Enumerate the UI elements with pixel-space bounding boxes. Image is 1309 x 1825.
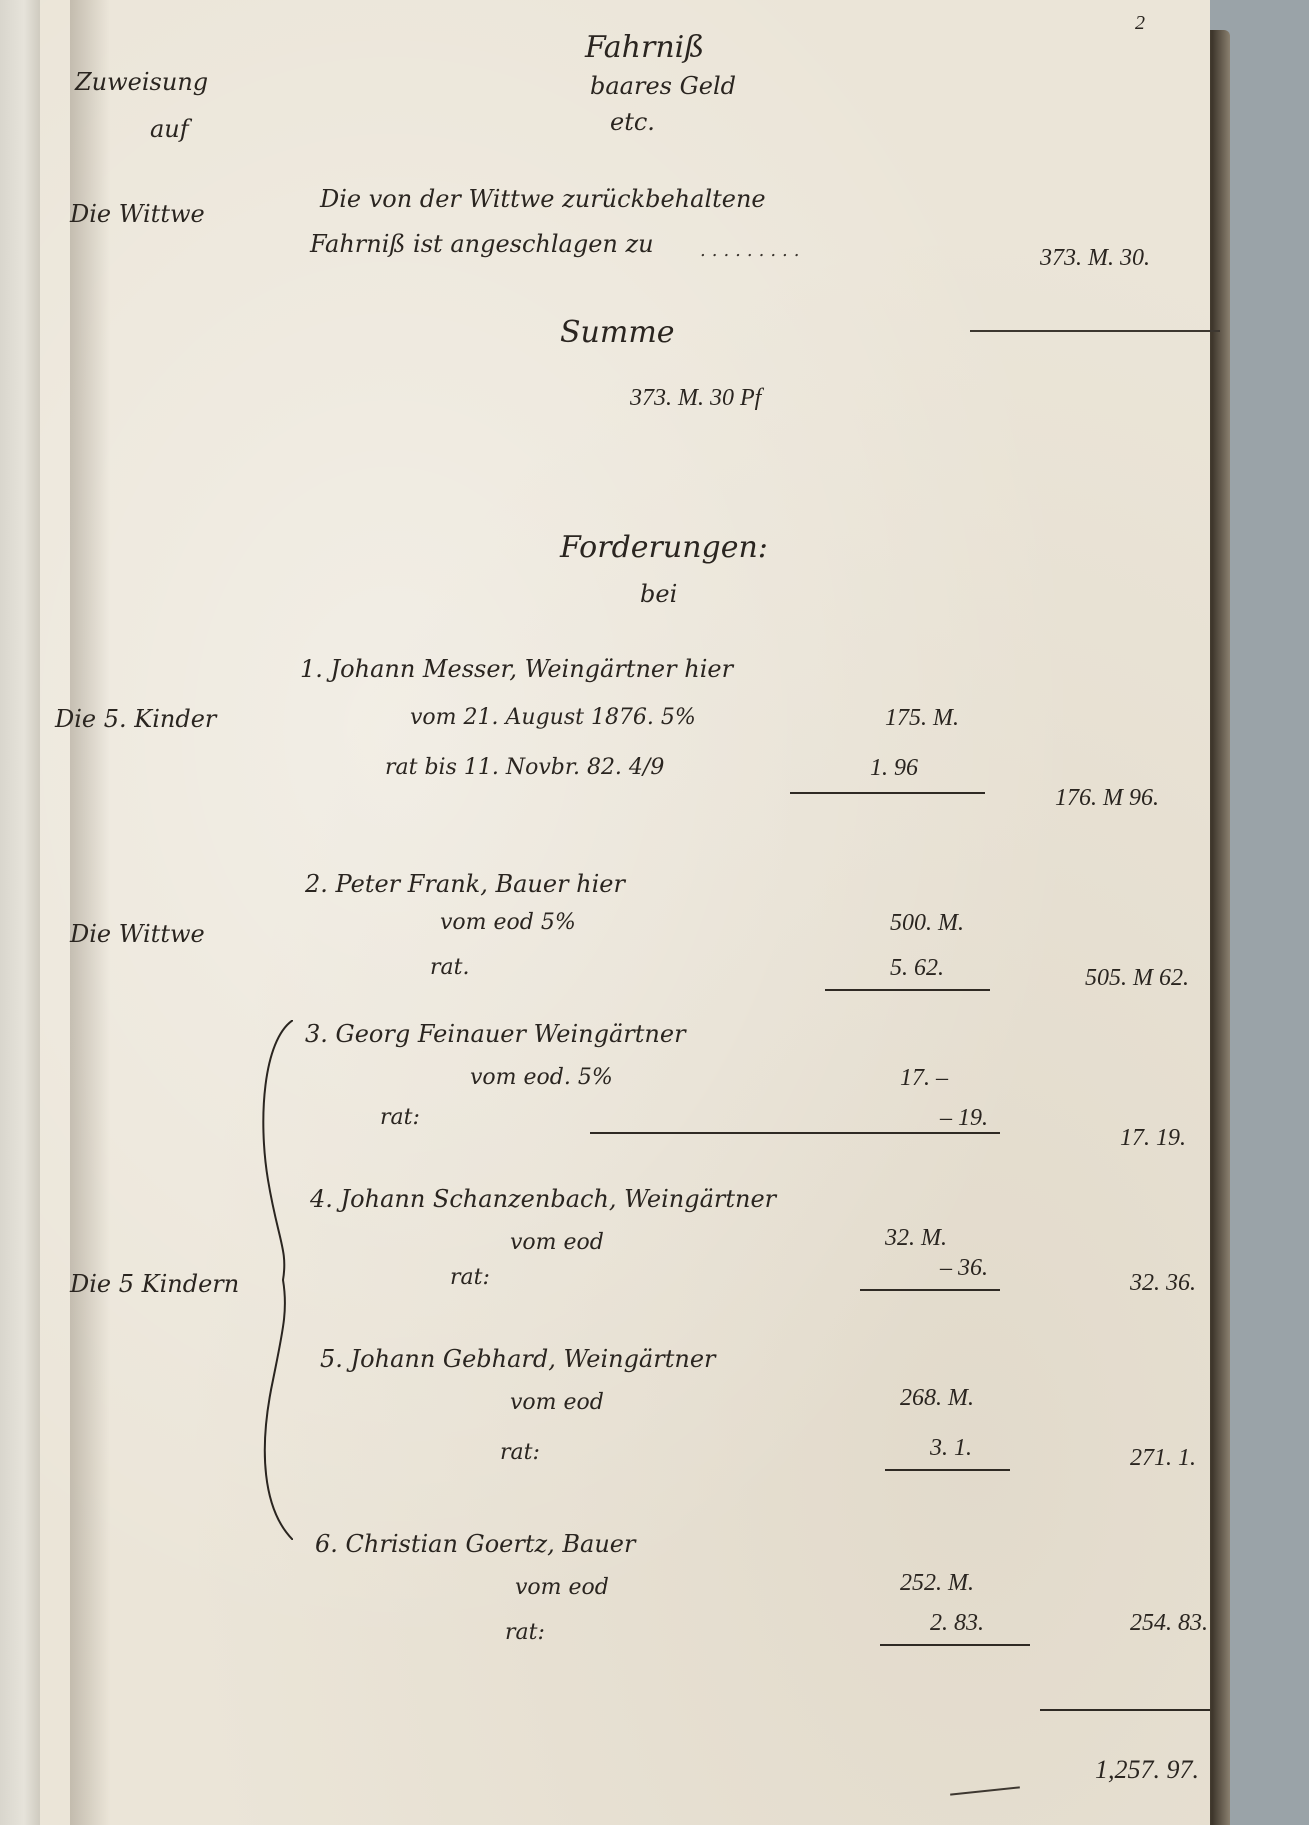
binding-shadow (70, 0, 110, 1825)
entry-4-line2-label: rat: (450, 1265, 490, 1290)
entry-2-total: 505. M 62. (1085, 965, 1189, 992)
group-assignee: Die 5 Kindern (70, 1270, 239, 1298)
entry-6-line2-label: rat: (505, 1620, 545, 1645)
entry-6-line1-amount: 252. M. (900, 1570, 974, 1597)
entry-1-line2-label: rat bis 11. Novbr. 82. 4/9 (385, 755, 664, 780)
forderungen-title: Forderungen: (560, 530, 768, 565)
grand-total: 1,257. 97. (1095, 1755, 1199, 1785)
forderungen-subtitle: bei (640, 580, 677, 608)
title-line-1: Fahrniß (585, 30, 704, 65)
fahrnis-amount: 373. M. 30. (1040, 245, 1150, 272)
entry-4-underline (860, 1285, 1000, 1291)
entry-5-debtor-line: 5. Johann Gebhard, Weingärtner (320, 1345, 716, 1373)
entry-3-line1-label: vom eod. 5% (470, 1065, 613, 1090)
entry-number: 5. (320, 1345, 343, 1373)
entry-debtor: Johann Messer, Weingärtner hier (331, 655, 734, 683)
entry-1-line1-amount: 175. M. (885, 705, 959, 732)
entry-2-line1-label: vom eod 5% (440, 910, 576, 935)
entry-1-debtor-line: 1. Johann Messer, Weingärtner hier (300, 655, 733, 683)
entry-4-line1-amount: 32. M. (885, 1225, 947, 1252)
margin-heading-line-1: Zuweisung (75, 68, 208, 96)
entry-number: 2. (305, 870, 328, 898)
entry-6-underline (880, 1640, 1030, 1646)
group-brace (253, 1020, 293, 1540)
entry-number: 3. (305, 1020, 328, 1048)
entry-4-line1-label: vom eod (510, 1230, 604, 1255)
title-line-3: etc. (610, 108, 655, 136)
entry-debtor: Christian Goertz, Bauer (346, 1530, 636, 1558)
entry-4-total: 32. 36. (1130, 1270, 1196, 1297)
entry-5-underline (885, 1465, 1010, 1471)
entry-debtor: Peter Frank, Bauer hier (336, 870, 625, 898)
entry-debtor: Georg Feinauer Weingärtner (336, 1020, 686, 1048)
entry-1-assignee: Die 5. Kinder (55, 705, 216, 733)
entry-2-line1-amount: 500. M. (890, 910, 964, 937)
summe-amount: 373. M. 30 Pf (630, 385, 761, 412)
page-number: 2 (1135, 12, 1145, 35)
entry-1-total: 176. M 96. (1055, 785, 1159, 812)
entry-debtor: Johann Schanzenbach, Weingärtner (341, 1185, 777, 1213)
title-line-2: baares Geld (590, 72, 736, 100)
entry-number: 1. (300, 655, 323, 683)
entry-3-line2-label: rat: (380, 1105, 420, 1130)
entry-debtor: Johann Gebhard, Weingärtner (351, 1345, 716, 1373)
entry-3-line1-amount: 17. – (900, 1065, 948, 1092)
entry-2-debtor-line: 2. Peter Frank, Bauer hier (305, 870, 625, 898)
leader-dots: ......... (700, 240, 806, 261)
entry-2-line2-label: rat. (430, 955, 469, 980)
entry-2-underline (825, 985, 990, 991)
entry-4-line2-amount: – 36. (940, 1255, 988, 1282)
grand-total-rule (1040, 1705, 1210, 1711)
entry-1-line1-label: vom 21. August 1876. 5% (410, 705, 696, 730)
entry-2-assignee: Die Wittwe (70, 920, 205, 948)
entry-5-total: 271. 1. (1130, 1445, 1196, 1472)
fahrnis-description-2: Fahrniß ist angeschlagen zu (310, 230, 654, 258)
fahrnis-rule (970, 330, 1220, 332)
fahrnis-description-1: Die von der Wittwe zurückbehaltene (320, 185, 766, 213)
left-page-edge (0, 0, 40, 1825)
entry-number: 4. (310, 1185, 333, 1213)
fahrnis-assignee: Die Wittwe (70, 200, 205, 228)
entry-6-debtor-line: 6. Christian Goertz, Bauer (315, 1530, 635, 1558)
entry-5-line1-amount: 268. M. (900, 1385, 974, 1412)
entry-6-line2-amount: 2. 83. (930, 1610, 984, 1637)
summe-label: Summe (560, 315, 675, 350)
entry-6-line1-label: vom eod (515, 1575, 609, 1600)
entry-5-line2-amount: 3. 1. (930, 1435, 972, 1462)
entry-5-line1-label: vom eod (510, 1390, 604, 1415)
entry-6-total: 254. 83. (1130, 1610, 1208, 1637)
entry-3-debtor-line: 3. Georg Feinauer Weingärtner (305, 1020, 686, 1048)
entry-3-underline (590, 1128, 1000, 1134)
entry-5-line2-label: rat: (500, 1440, 540, 1465)
margin-heading-line-2: auf (150, 115, 189, 143)
entry-1-underline (790, 788, 985, 794)
entry-2-line2-amount: 5. 62. (890, 955, 944, 982)
entry-3-total: 17. 19. (1120, 1125, 1186, 1152)
entry-number: 6. (315, 1530, 338, 1558)
entry-4-debtor-line: 4. Johann Schanzenbach, Weingärtner (310, 1185, 776, 1213)
entry-1-line2-amount: 1. 96 (870, 755, 918, 782)
